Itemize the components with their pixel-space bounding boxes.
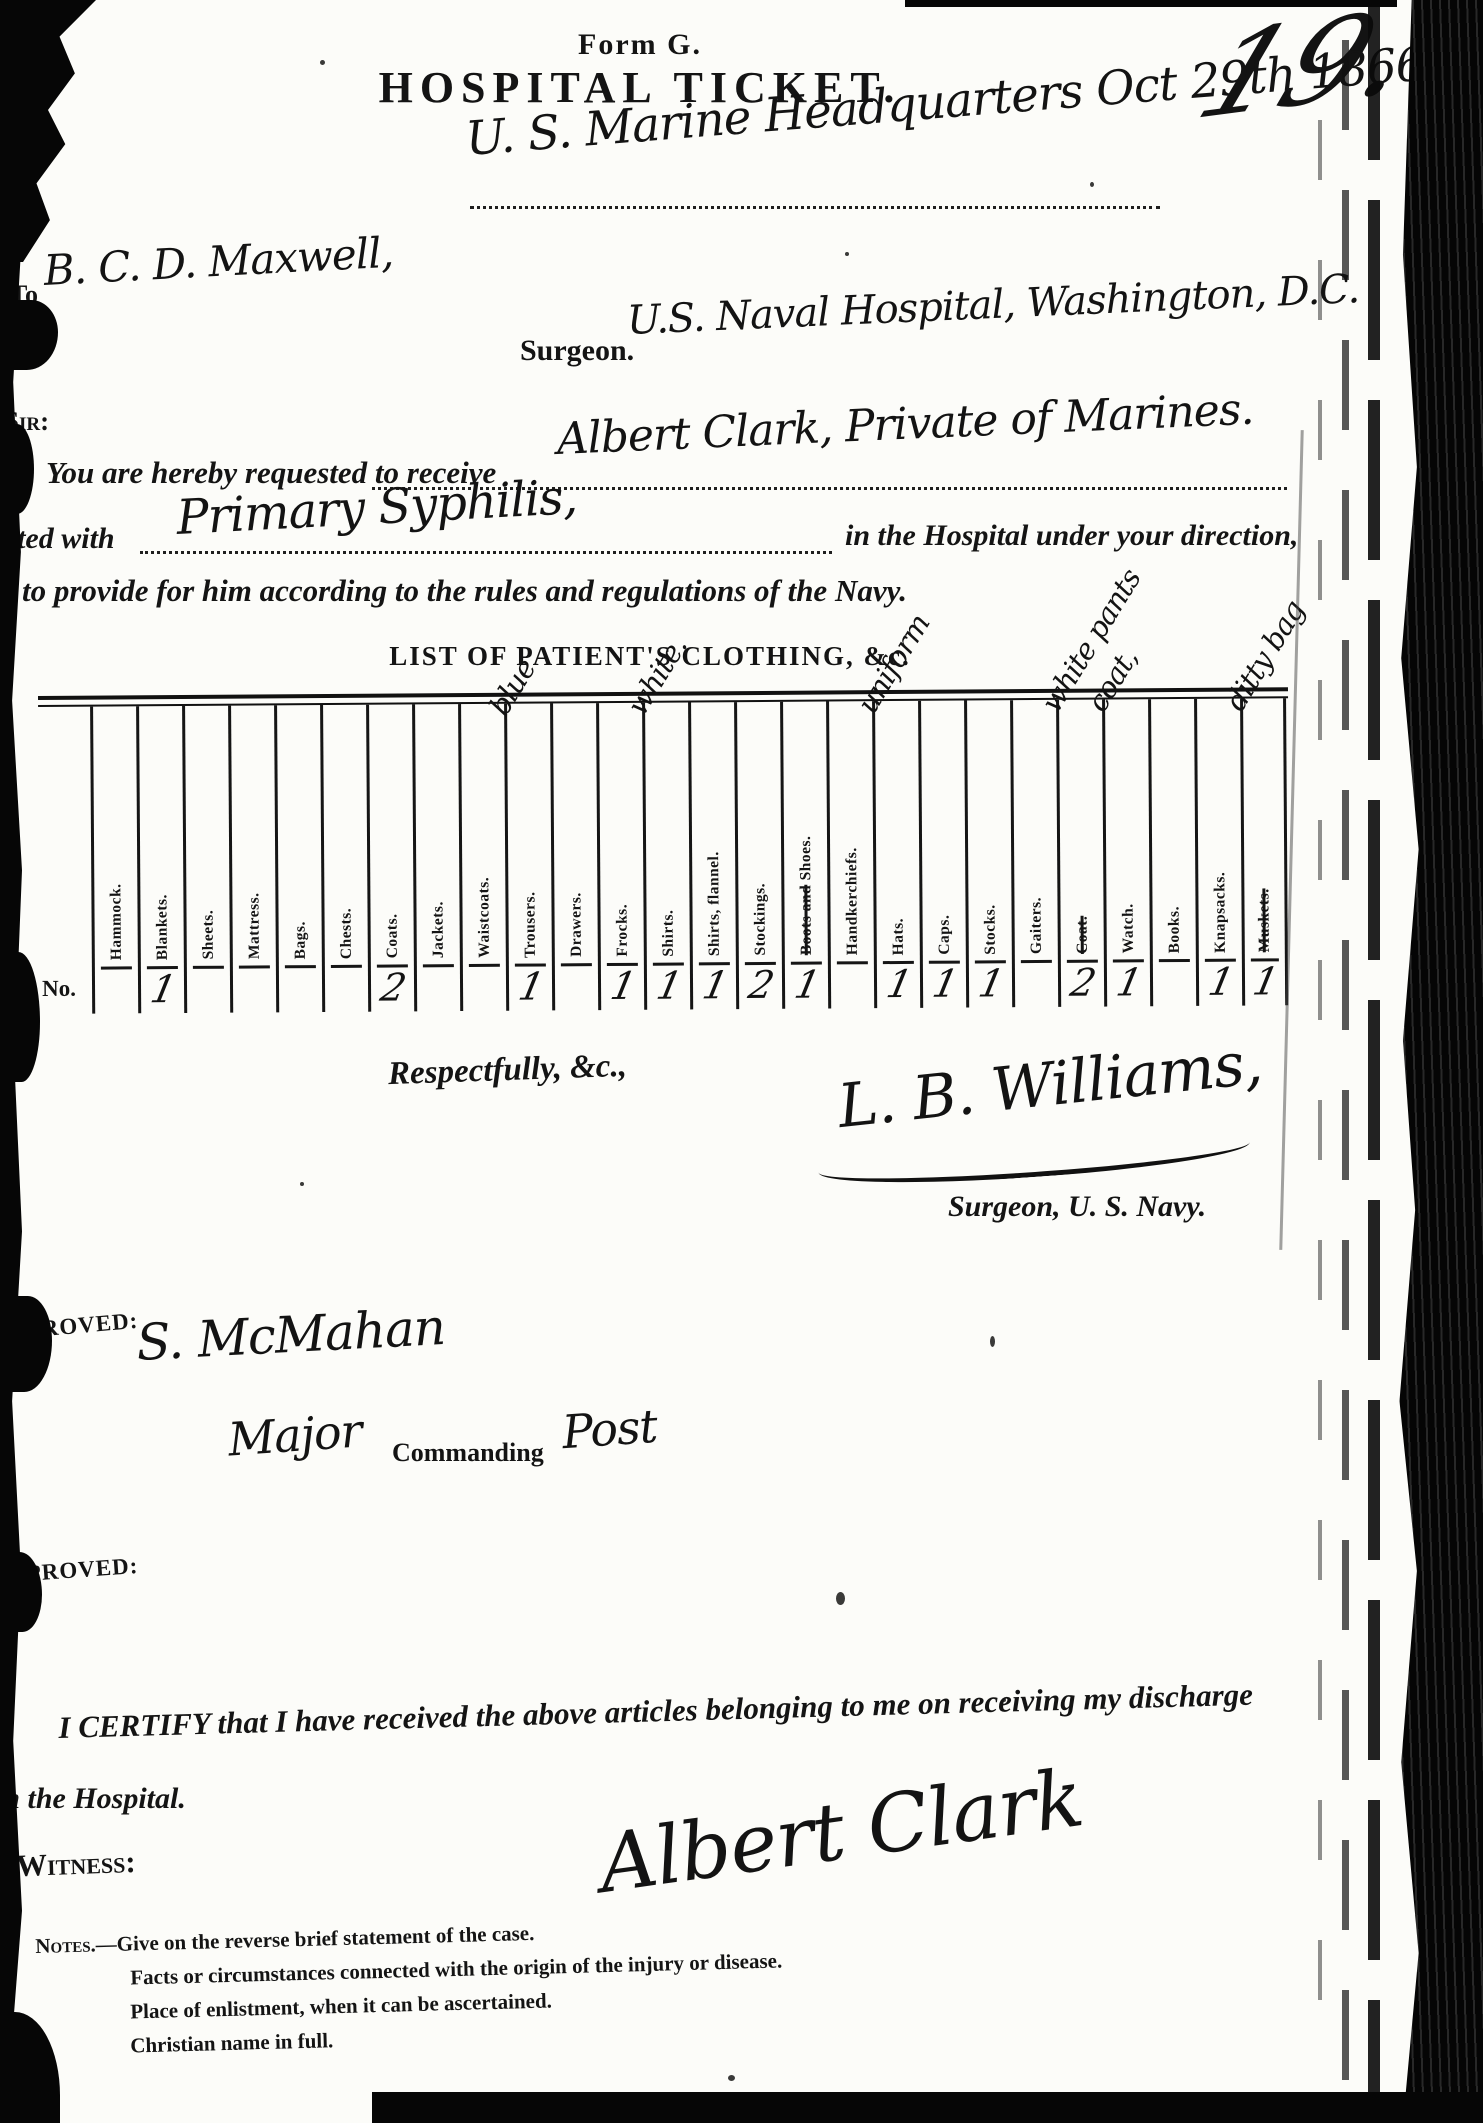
binding-streak — [1368, 0, 1380, 2123]
form-number: Form G. — [420, 28, 860, 62]
notes-label: Notes.— — [35, 1932, 117, 1958]
column-label: Shirts. — [659, 910, 677, 957]
clothing-column: Watch.coat,1 — [1102, 699, 1150, 1006]
handwritten-surgeon-station: U.S. Naval Hospital, Washington, D.C. — [626, 266, 1360, 344]
column-label: Muskets. — [1255, 889, 1273, 953]
column-label: Knapsacks. — [1211, 871, 1230, 952]
clothing-column: Books. — [1148, 699, 1196, 1006]
column-label: Coats. — [383, 914, 401, 959]
column-value: 2 — [735, 965, 787, 1009]
ink-speck — [845, 252, 849, 256]
clothing-column: Trousers.blue1 — [504, 703, 552, 1010]
column-value: 1 — [919, 963, 971, 1007]
handwritten-rank: Major — [226, 1403, 363, 1466]
column-value: 1 — [505, 966, 557, 1010]
clothing-table: No. Hammock.Blankets.1Sheets.Mattress.Ba… — [38, 687, 1290, 1018]
column-value: 1 — [1103, 962, 1155, 1006]
column-label: Coat. — [1073, 915, 1091, 953]
ink-speck — [1090, 182, 1094, 187]
respectfully-line: Respectfully, &c., — [387, 1048, 627, 1093]
column-label: Sheets. — [199, 910, 217, 960]
clothing-column: Hammock. — [90, 706, 138, 1013]
column-value — [183, 969, 235, 1013]
column-label: Caps. — [935, 915, 953, 955]
column-value: 1 — [1195, 962, 1247, 1006]
binding-blob — [0, 1552, 42, 1632]
column-value — [459, 967, 511, 1011]
column-value — [91, 969, 143, 1013]
binding-streak — [1342, 40, 1349, 2090]
column-value: 1 — [965, 963, 1017, 1007]
column-label: Watch. — [1119, 903, 1137, 953]
column-label: Waistcoats. — [475, 877, 494, 958]
column-label: Chests. — [337, 907, 355, 958]
column-value — [275, 968, 327, 1012]
ink-speck — [836, 1592, 845, 1605]
column-label: Frocks. — [613, 904, 631, 957]
dotted-line — [470, 206, 1160, 209]
column-label: Mattress. — [245, 893, 263, 960]
commanding-label: Commanding — [392, 1438, 544, 1468]
clothing-column: Frocks.1 — [596, 703, 644, 1010]
clothing-column: Coats.2 — [366, 704, 414, 1011]
column-label: Boots and Shoes. — [796, 836, 815, 956]
column-value — [827, 964, 879, 1008]
clothing-columns: No. Hammock.Blankets.1Sheets.Mattress.Ba… — [38, 696, 1290, 1014]
column-value: 1 — [137, 969, 189, 1013]
column-label: Books. — [1165, 906, 1183, 953]
column-value: 1 — [597, 966, 649, 1010]
column-value: 2 — [367, 967, 419, 1011]
handwritten-patient-name: Albert Clark, Private of Marines. — [556, 384, 1255, 465]
column-value — [321, 968, 373, 1012]
binding-blob — [0, 424, 34, 514]
column-label: Jackets. — [429, 901, 447, 958]
clothing-column: Knapsacks.1 — [1194, 699, 1242, 1006]
surgeon-signature: L. B. Williams, — [835, 1028, 1265, 1142]
column-label: Trousers. — [521, 891, 539, 957]
clothing-column: Waistcoats. — [458, 704, 506, 1011]
clothing-column: Caps.1 — [918, 701, 966, 1008]
clothing-column: Muskets.ditty bag1 — [1240, 698, 1288, 1005]
column-value — [1149, 962, 1201, 1006]
binding-blob — [0, 1296, 52, 1392]
column-value — [413, 967, 465, 1011]
hospital-clause: in the Hospital under your direction, — [845, 519, 1298, 553]
ink-speck — [990, 1336, 995, 1347]
clothing-column: Mattress. — [228, 705, 276, 1012]
column-label: Drawers. — [567, 892, 585, 957]
column-label: Hats. — [889, 918, 907, 955]
certify-line-1: I CERTIFY that I have received the above… — [58, 1677, 1253, 1746]
column-value: 1 — [689, 965, 741, 1009]
binding-blob — [0, 952, 40, 1082]
clothing-column: Boots and Shoes.1 — [780, 701, 828, 1008]
column-label: Bags. — [291, 921, 309, 959]
clothing-column: Chests. — [320, 705, 368, 1012]
clothing-column: Coat.white pants2 — [1056, 700, 1104, 1007]
handwritten-addressee: B. C. D. Maxwell, — [42, 228, 394, 295]
surgeon-signature-title: Surgeon, U. S. Navy. — [948, 1190, 1206, 1224]
column-label: Shirts, flannel. — [705, 851, 724, 956]
column-value — [1011, 963, 1063, 1007]
column-label: Stocks. — [981, 904, 999, 955]
clothing-column: Hats.uniform1 — [872, 701, 920, 1008]
scan-edge-top — [905, 0, 1397, 7]
binding-streak — [1318, 120, 1322, 2020]
column-value: 1 — [1241, 961, 1290, 1005]
handwritten-post: Post — [560, 1399, 658, 1459]
row-label: No. — [42, 976, 76, 1002]
column-label: Blankets. — [153, 894, 171, 960]
clothing-column: Shirts, flannel.1 — [688, 702, 736, 1009]
column-value: 1 — [781, 964, 833, 1008]
clothing-column: Drawers. — [550, 703, 598, 1010]
surgeon-label: Surgeon. — [520, 334, 634, 368]
column-value: 1 — [643, 965, 695, 1009]
clothing-column: Handkerchiefs. — [826, 701, 874, 1008]
clothing-column: Stockings.2 — [734, 702, 782, 1009]
clothing-column: Jackets. — [412, 704, 460, 1011]
ink-speck — [300, 1182, 304, 1186]
notes-block: Notes.—Give on the reverse brief stateme… — [35, 1934, 1035, 2070]
patient-signature: Albert Clark — [593, 1751, 1088, 1911]
column-label: Handkerchiefs. — [843, 847, 862, 955]
column-value: 2 — [1057, 963, 1109, 1007]
dotted-line — [140, 551, 832, 554]
clothing-column: Shirts.white.1 — [642, 702, 690, 1009]
witness-label: Witness: — [15, 1844, 136, 1884]
hospital-ticket-scan: Form G. HOSPITAL TICKET. 19. U. S. Marin… — [0, 0, 1483, 2123]
clothing-column: Bags. — [274, 705, 322, 1012]
provide-clause: and to provide for him according to the … — [0, 573, 907, 609]
column-value: 1 — [873, 964, 925, 1008]
clothing-column: Gaiters. — [1010, 700, 1058, 1007]
column-value — [229, 968, 281, 1012]
column-label: Gaiters. — [1027, 897, 1045, 954]
clothing-column: Blankets.1 — [136, 706, 184, 1013]
scan-edge-bottom — [372, 2092, 1483, 2123]
binding-blob — [0, 300, 58, 370]
ink-speck — [320, 60, 325, 65]
clothing-column: Stocks.1 — [964, 700, 1012, 1007]
binding-edge-right — [1396, 0, 1483, 2123]
ink-speck — [728, 2075, 735, 2081]
column-label: Stockings. — [751, 883, 770, 956]
row-label-cell: No. — [38, 707, 92, 1014]
approving-officer-signature: S. McMahan — [135, 1298, 446, 1372]
column-label: Hammock. — [107, 884, 126, 961]
clothing-column: Sheets. — [182, 706, 230, 1013]
column-value — [551, 966, 603, 1010]
ink-speck — [1002, 1698, 1006, 1702]
certify-line-2: from the Hospital. — [0, 1782, 186, 1816]
